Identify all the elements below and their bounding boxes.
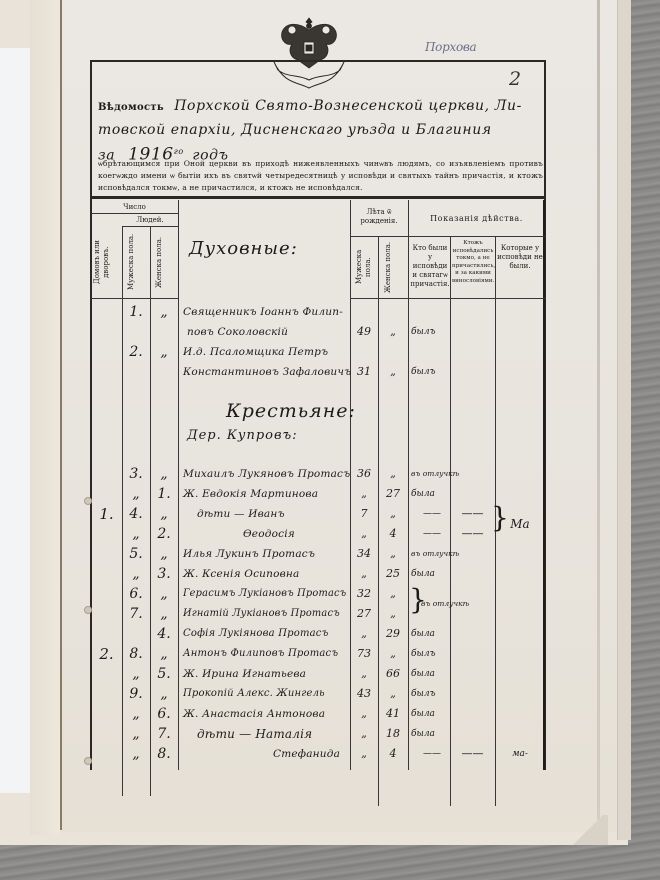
confessed-cell: въ отлучкѣ [411, 544, 453, 564]
table-row: „ 7. дѣти — Наталія „ 18 была [91, 724, 545, 744]
name-cell: Софія Лукіянова Протасъ [183, 624, 353, 644]
not-confessed-cell: ма- [495, 744, 545, 764]
table-row: „ 1. Ж. Евдокія Мартинова „ 27 была [91, 484, 545, 504]
confessed-cell: была [411, 704, 453, 724]
table-row: 1. 4. „ дѣти — Иванъ 7 „ —— —— Ма [91, 504, 545, 524]
name-cell: Ж. Евдокія Мартинова [183, 484, 353, 504]
header-people: Людей. [122, 216, 178, 225]
age-male-cell: „ [350, 664, 378, 684]
name-cell: И.д. Псаломщика Петръ [183, 342, 353, 362]
confessed-cell: —— [411, 744, 453, 764]
age-female-cell: 27 [378, 484, 408, 504]
age-male-cell: „ [350, 624, 378, 644]
male-number-cell: 2. [122, 342, 150, 362]
age-female-cell: „ [378, 362, 408, 382]
confessed-cell: была [411, 484, 453, 504]
preamble-text: ѡбрѣтающимся при Оной церкви въ приходѣ … [98, 158, 543, 194]
header-divider [91, 196, 545, 199]
document-heading: Вѣдомость Порхской Свято-Вознесенской це… [98, 95, 543, 167]
male-number-cell: 8. [122, 644, 150, 664]
age-female-cell: „ [378, 464, 408, 484]
age-female-cell: „ [378, 322, 408, 342]
age-male-cell: 27 [350, 604, 378, 624]
header-females: Женска пола. [155, 230, 173, 294]
household-cell: 2. [91, 644, 122, 664]
female-number-cell: „ [150, 544, 178, 564]
age-female-cell: „ [378, 544, 408, 564]
female-number-cell: „ [150, 464, 178, 484]
row-divider [91, 298, 178, 299]
table-row: 1. „ Священникъ Іоаннъ Филип- [91, 302, 545, 322]
female-number-cell: 1. [150, 484, 178, 504]
binding-hole [84, 757, 92, 765]
table-row: „ 2. Ѳеодосія „ 4 —— —— [91, 524, 545, 544]
male-number-cell: 5. [122, 544, 150, 564]
age-female-cell: 4 [378, 524, 408, 544]
table-row: 9. „ Прокопій Алекс. Жингель 43 „ былъ [91, 684, 545, 704]
name-cell: Михаилъ Лукяновъ Протасъ [183, 464, 353, 484]
table-row: 2. 8. „ Антонъ Филиповъ Протасъ 73 „ был… [91, 644, 545, 664]
household-cell [91, 302, 122, 322]
name-cell: Игнатій Лукіановъ Протасъ [183, 604, 353, 624]
male-number-cell: „ [122, 484, 150, 504]
age-female-cell: „ [378, 604, 408, 624]
table-row: 3. „ Михаилъ Лукяновъ Протасъ 36 „ въ от… [91, 464, 545, 484]
header-age: Лѣта ѿ рожденія. [350, 208, 408, 226]
header-households: Домовъ или дворовъ. [93, 230, 121, 294]
female-number-cell: „ [150, 504, 178, 524]
table-row: „ 6. Ж. Анастасія Антонова „ 41 была [91, 704, 545, 724]
household-cell: 1. [91, 504, 122, 524]
binding-margin [30, 0, 60, 835]
section-title-peasants: Крестьяне: [226, 400, 356, 422]
age-female-cell: „ [378, 644, 408, 664]
page-fold-line [597, 0, 600, 820]
white-card-edge [0, 48, 30, 793]
age-female-cell: „ [378, 584, 408, 604]
age-male-cell: „ [350, 724, 378, 744]
name-cell: Герасимъ Лукіановъ Протасъ [183, 584, 353, 604]
table-row: „ 3. Ж. Ксенія Осиповна „ 25 была [91, 564, 545, 584]
female-number-cell: 6. [150, 704, 178, 724]
age-male-cell: 73 [350, 644, 378, 664]
age-male-cell: 43 [350, 684, 378, 704]
name-cell: Стефанида [183, 744, 353, 764]
header-age-females: Женска пола. [384, 240, 402, 294]
church-name-handwritten: Порхской Свято-Вознесенской церкви, Ли- [174, 98, 522, 114]
age-male-cell: „ [350, 484, 378, 504]
name-cell: Илья Лукинъ Протасъ [183, 544, 353, 564]
confessed-cell: была [411, 664, 453, 684]
confession-register-table: Число Домовъ или дворовъ. Людей. Мужеска… [91, 200, 545, 770]
confessed-cell: былъ [411, 322, 453, 342]
age-female-cell: 66 [378, 664, 408, 684]
male-number-cell: 6. [122, 584, 150, 604]
table-row: „ 8. Стефанида „ 4 —— —— ма- [91, 744, 545, 764]
name-cell: повъ Соколовскій [183, 322, 353, 342]
age-male-cell: „ [350, 524, 378, 544]
table-row: 5. „ Илья Лукинъ Протасъ 34 „ въ отлучкѣ [91, 544, 545, 564]
name-cell: Ѳеодосія [183, 524, 353, 544]
row-divider [350, 236, 545, 237]
row-divider [91, 213, 178, 214]
heading-label: Вѣдомость [98, 102, 164, 113]
female-number-cell: „ [150, 584, 178, 604]
confessed-cell: былъ [411, 684, 453, 704]
female-number-cell: „ [150, 644, 178, 664]
age-female-cell: 41 [378, 704, 408, 724]
female-number-cell: „ [150, 302, 178, 322]
male-number-cell: „ [122, 744, 150, 764]
name-cell: дѣти — Наталія [183, 724, 353, 744]
folded-corner [568, 815, 608, 845]
age-female-cell: 4 [378, 744, 408, 764]
year-suffix: го [174, 147, 184, 156]
age-male-cell: 32 [350, 584, 378, 604]
female-number-cell: 5. [150, 664, 178, 684]
male-number-cell: „ [122, 704, 150, 724]
female-number-cell: 2. [150, 524, 178, 544]
confessed-cell: былъ [411, 362, 453, 382]
age-male-cell: „ [350, 704, 378, 724]
table-row: 6. „ Герасимъ Лукіановъ Протасъ 32 „ въ … [91, 584, 545, 604]
table-row: Константиновъ Зафаловичъ 31 „ былъ [91, 362, 545, 382]
female-number-cell: 7. [150, 724, 178, 744]
table-row: 2. „ И.д. Псаломщика Петръ [91, 342, 545, 362]
table-row: 7. „ Игнатій Лукіановъ Протасъ 27 „ [91, 604, 545, 624]
female-number-cell: „ [150, 604, 178, 624]
name-cell: Священникъ Іоаннъ Филип- [183, 302, 353, 322]
header-count: Число [91, 203, 178, 212]
header-not-confessed: Которые у исповѣди не были. [497, 244, 543, 271]
female-number-cell: 8. [150, 744, 178, 764]
age-male-cell: 34 [350, 544, 378, 564]
age-male-cell: 36 [350, 464, 378, 484]
confessed-cell: —— [411, 524, 453, 544]
confessed-cell: —— [411, 504, 453, 524]
age-male-cell: „ [350, 564, 378, 584]
male-number-cell: 4. [122, 504, 150, 524]
binding-hole [84, 497, 92, 505]
diocese-handwritten: товской епархіи, Дисненскаго уѣзда и Бла… [98, 122, 492, 138]
age-female-cell: 18 [378, 724, 408, 744]
female-number-cell: 4. [150, 624, 178, 644]
header-status: Показанія дѣйства. [408, 214, 545, 223]
age-male-cell: „ [350, 744, 378, 764]
binding-hole [84, 606, 92, 614]
male-number-cell: 1. [122, 302, 150, 322]
male-number-cell: „ [122, 524, 150, 544]
age-male-cell: 31 [350, 362, 378, 382]
page-right-edge [617, 0, 631, 840]
section-subtitle-village: Дер. Купровъ: [187, 428, 298, 443]
age-male-cell: 49 [350, 322, 378, 342]
male-number-cell: 7. [122, 604, 150, 624]
name-cell: Константиновъ Зафаловичъ [183, 362, 353, 382]
confessed-cell: въ отлучкѣ [411, 464, 453, 484]
confessed-cell: была [411, 624, 453, 644]
row-divider [350, 298, 545, 299]
age-female-cell: „ [378, 504, 408, 524]
header-age-males: Мужеска пола. [355, 240, 373, 294]
table-row: повъ Соколовскій 49 „ былъ [91, 322, 545, 342]
age-female-cell: 25 [378, 564, 408, 584]
name-cell: Ж. Ирина Игнатьева [183, 664, 353, 684]
confessed-cell: была [411, 724, 453, 744]
age-male-cell: 7 [350, 504, 378, 524]
confessed-only-cell: —— [450, 524, 495, 544]
header-confessed-communed: Кто были у исповѣди и святагѡ причастія. [410, 244, 450, 289]
name-cell: Ж. Ксенія Осиповна [183, 564, 353, 584]
male-number-cell: 9. [122, 684, 150, 704]
pencil-annotation: Порхова [425, 40, 476, 54]
male-number-cell: 3. [122, 464, 150, 484]
section-title-clergy: Духовные: [189, 238, 298, 259]
female-number-cell: „ [150, 684, 178, 704]
header-males: Мужеска пола. [127, 230, 145, 294]
male-number-cell: „ [122, 564, 150, 584]
name-cell: Антонъ Филиповъ Протасъ [183, 644, 353, 664]
name-cell: Прокопій Алекс. Жингель [183, 684, 353, 704]
row-divider [122, 226, 178, 227]
header-confessed-only: Ктожъ исповѣдались токмо, а не причастил… [452, 240, 494, 285]
confessed-cell: былъ [411, 644, 453, 664]
female-number-cell: 3. [150, 564, 178, 584]
name-cell: дѣти — Иванъ [183, 504, 353, 524]
confessed-only-cell: —— [450, 504, 495, 524]
name-cell: Ж. Анастасія Антонова [183, 704, 353, 724]
female-number-cell: „ [150, 342, 178, 362]
male-number-cell: „ [122, 664, 150, 684]
table-row: „ 5. Ж. Ирина Игнатьева „ 66 была [91, 664, 545, 684]
male-number-cell: „ [122, 724, 150, 744]
age-female-cell: „ [378, 684, 408, 704]
confessed-only-cell: —— [450, 744, 495, 764]
confessed-cell: была [411, 564, 453, 584]
age-female-cell: 29 [378, 624, 408, 644]
table-row: 4. Софія Лукіянова Протасъ „ 29 была [91, 624, 545, 644]
